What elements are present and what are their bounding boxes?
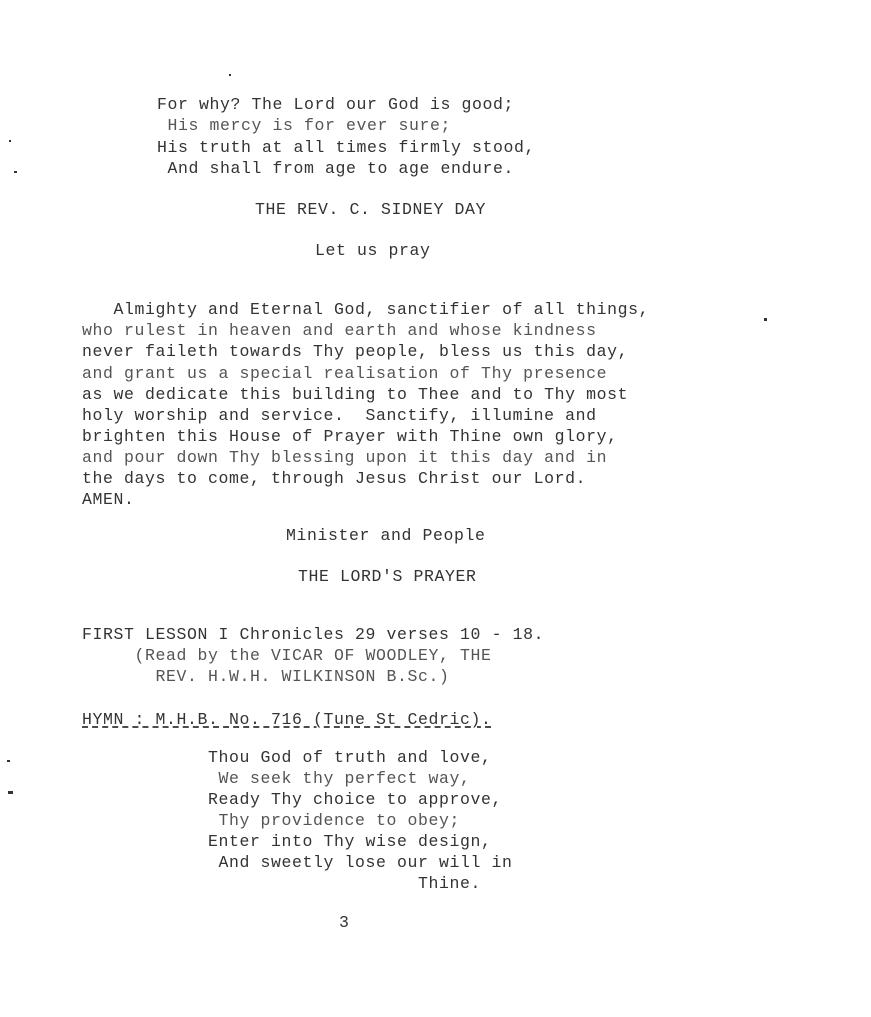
hymn-line: Thy providence to obey; (208, 811, 460, 830)
lords-prayer-heading: THE LORD'S PRAYER (298, 567, 477, 586)
prayer-line: the days to come, through Jesus Christ o… (82, 469, 586, 488)
speck-mark (8, 791, 13, 794)
page-number: 3 (339, 913, 350, 932)
hymn-line: Enter into Thy wise design, (208, 832, 492, 851)
prayer-line: never faileth towards Thy people, bless … (82, 342, 628, 361)
verse-line: For why? The Lord our God is good; (157, 95, 514, 114)
prayer-line: holy worship and service. Sanctify, illu… (82, 406, 597, 425)
lesson-line: (Read by the VICAR OF WOODLEY, THE (82, 646, 492, 665)
speck-mark (229, 74, 231, 76)
lesson-line: FIRST LESSON I Chronicles 29 verses 10 -… (82, 625, 544, 644)
verse-line: His truth at all times firmly stood, (157, 138, 535, 157)
hymn-line: Thine. (208, 874, 481, 893)
prayer-line: who rulest in heaven and earth and whose… (82, 321, 597, 340)
speck-mark (14, 171, 17, 173)
lesson-line: REV. H.W.H. WILKINSON B.Sc.) (82, 667, 450, 686)
hymn-heading: HYMN : M.H.B. No. 716 (Tune St Cedric). (82, 710, 492, 729)
document-page: For why? The Lord our God is good; His m… (0, 0, 871, 1017)
prayer-line: Almighty and Eternal God, sanctifier of … (82, 300, 649, 319)
prayer-line: brighten this House of Prayer with Thine… (82, 427, 618, 446)
verse-line: And shall from age to age endure. (157, 159, 514, 178)
prayer-line: as we dedicate this building to Thee and… (82, 385, 628, 404)
prayer-amen: AMEN. (82, 490, 135, 509)
officiant-heading: THE REV. C. SIDNEY DAY (255, 200, 486, 219)
prayer-line: and grant us a special realisation of Th… (82, 364, 607, 383)
hymn-line: Thou God of truth and love, (208, 748, 492, 767)
hymn-line: And sweetly lose our will in (208, 853, 513, 872)
hymn-line: Ready Thy choice to approve, (208, 790, 502, 809)
hymn-line: We seek thy perfect way, (208, 769, 471, 788)
speck-mark (7, 760, 10, 762)
prayer-intro: Let us pray (315, 241, 431, 260)
verse-line: His mercy is for ever sure; (157, 116, 451, 135)
prayer-line: and pour down Thy blessing upon it this … (82, 448, 607, 467)
speck-mark (9, 140, 11, 142)
responsive-label: Minister and People (286, 526, 486, 545)
speck-mark (764, 318, 767, 321)
